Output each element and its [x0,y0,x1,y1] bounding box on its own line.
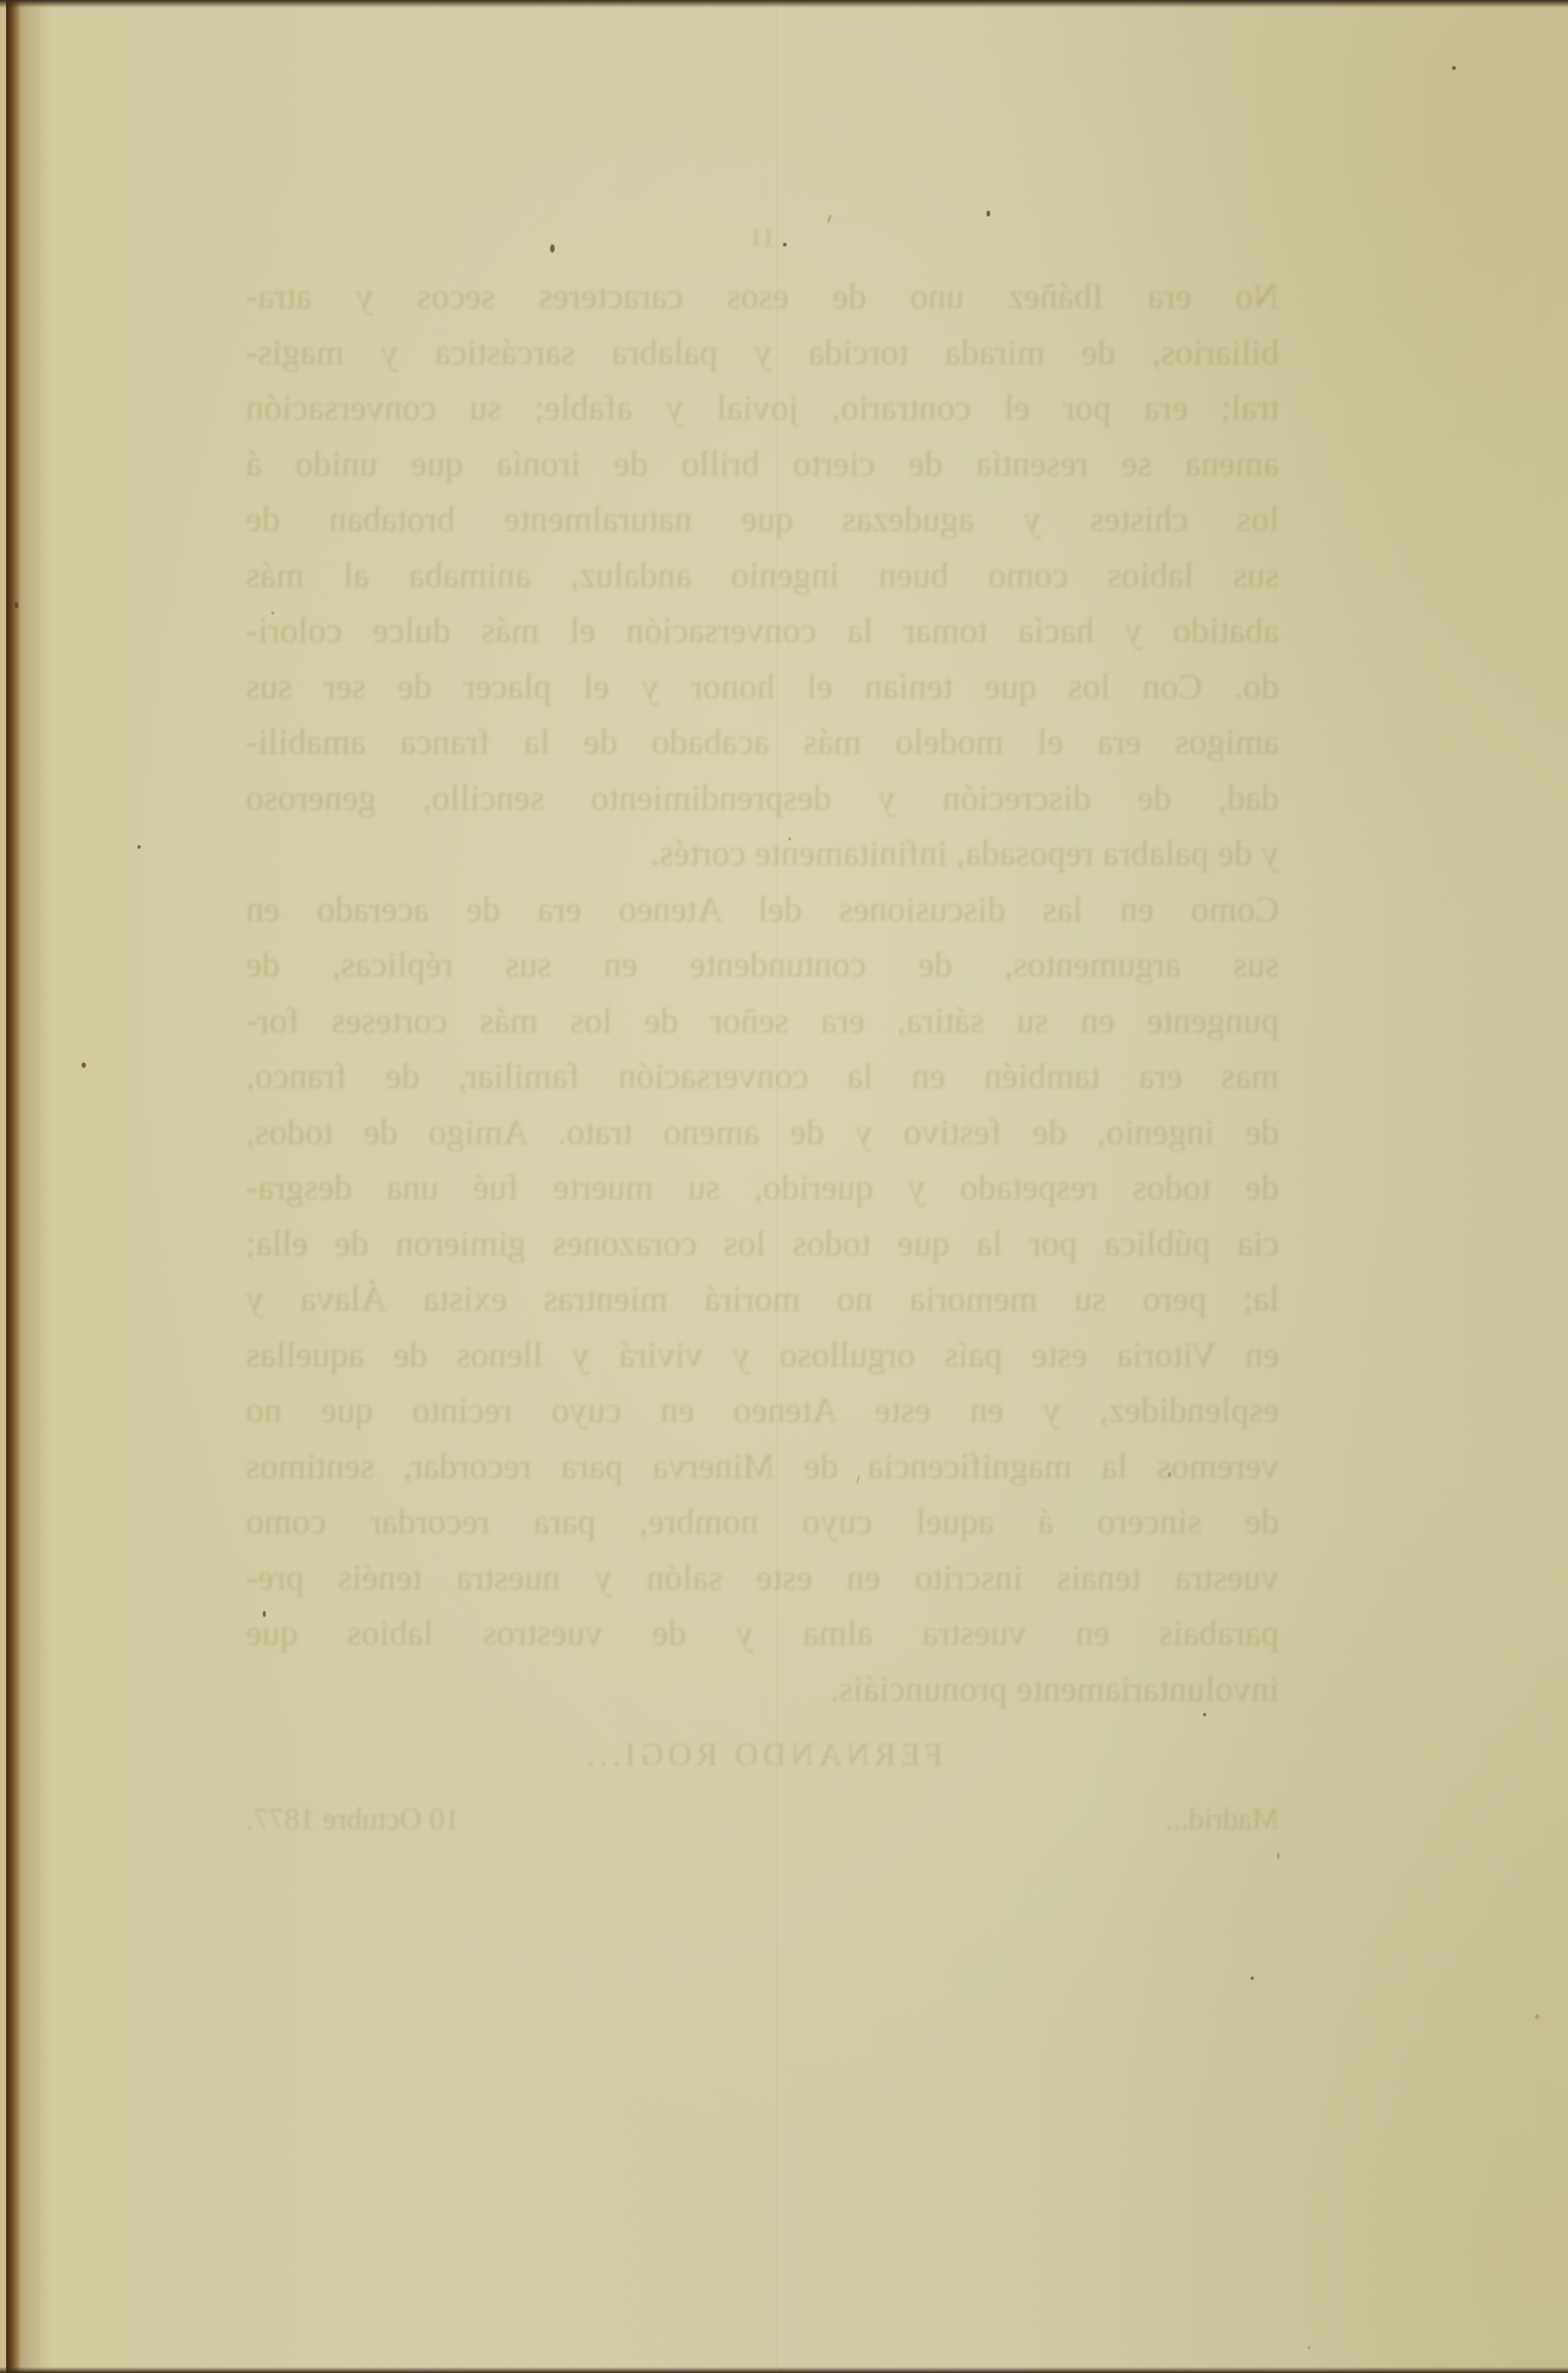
bleed-line: de todos respetado y querido, su muerte … [246,1160,1279,1216]
foxing-speck [783,243,787,247]
foxing-speck [1251,1977,1254,1980]
binding-gutter [6,0,23,2373]
bleed-line: de sincero á aquel cuyo nombre, para rec… [246,1494,1279,1550]
bleed-line: los chistes y agudezas que naturalmente … [246,492,1279,548]
bleed-line: tral; era por el contrario, jovial y afa… [246,380,1279,436]
foxing-speck [550,244,555,253]
bleed-line: amena se resentía de cierto brillo de ir… [246,436,1279,492]
bleed-line: veremos la magnificencia de Minerva para… [246,1439,1279,1495]
bottom-scan-edge [0,2367,1568,2373]
foxing-speck [1168,1472,1172,1477]
bleed-line: dad, de discreción y desprendimiento sen… [246,771,1279,827]
foxing-speck [1452,66,1456,70]
bleed-line: la; pero su memoria no morirá mientras e… [246,1271,1279,1327]
bleed-through-text: 11 No era Ibáñez uno de esos caracteres … [246,223,1279,1847]
bleed-dateline: Madrid... 10 Octubre 1877. [246,1791,1279,1848]
foxing-speck [1535,2014,1540,2019]
bleed-line: do. Con los que tenían el honor y el pla… [246,659,1279,715]
bleed-dateline-date: 10 Octubre 1877. [246,1791,460,1848]
bleed-line: Como en las discusiones del Ateneo era d… [246,882,1279,938]
bleed-line: abatido y hacía tomar la conversación el… [246,603,1279,659]
top-scan-edge [0,0,1568,8]
bleed-line: pungente en su sátira, era señor de los … [246,993,1279,1049]
foxing-speck [263,1611,266,1617]
bleed-line: parabais en vuestra alma y de vuestros l… [246,1606,1279,1662]
bleed-line: involuntariamente pronunciáis. [246,1662,1279,1718]
bleed-page-number: 11 [246,210,1279,267]
scanned-page: 11 No era Ibáñez uno de esos caracteres … [0,0,1568,2373]
bleed-line: cia pública por la que todos los corazon… [246,1216,1279,1272]
bleed-line: mas era también en la conversación famil… [246,1049,1279,1105]
foxing-speck [271,611,274,615]
foxing-speck [138,845,141,849]
bleed-line: en Vitoria este país orgulloso y vivirá … [246,1327,1279,1384]
foxing-speck [15,602,18,608]
bleed-line: sus labios como buen ingenio andaluz, an… [246,548,1279,604]
bleed-dateline-place: Madrid... [1165,1791,1279,1848]
foxing-speck [1203,1713,1206,1716]
bleed-line: No era Ibáñez uno de esos caracteres sec… [246,269,1279,325]
bleed-paragraph-1: No era Ibáñez uno de esos caracteres sec… [246,269,1279,882]
bleed-line: y de palabra reposada, infinitamente cor… [246,826,1279,882]
foxing-speck [1308,2346,1311,2349]
bleed-line: esplendidez, y en este Ateneo en cuyo re… [246,1383,1279,1439]
foxing-speck [81,1062,86,1068]
bleed-signature: FERNANDO ROGI... [246,1728,1279,1784]
bleed-line: biliarios, de mirada torcida y palabra s… [246,325,1279,381]
bleed-line: vuestra tenais inscrito en este salón y … [246,1550,1279,1606]
bleed-paragraph-2: Como en las discusiones del Ateneo era d… [246,882,1279,1718]
foxing-speck [788,837,791,840]
bleed-line: amigos era el modelo más acabado de la f… [246,714,1279,771]
foxing-speck [986,210,990,217]
foxing-speck [1277,1853,1280,1859]
gutter-shadow [22,0,52,2373]
bleed-line: de ingenio, de festivo y de ameno trato.… [246,1105,1279,1161]
bleed-line: sus argumentos, de contundente en sus ré… [246,937,1279,993]
